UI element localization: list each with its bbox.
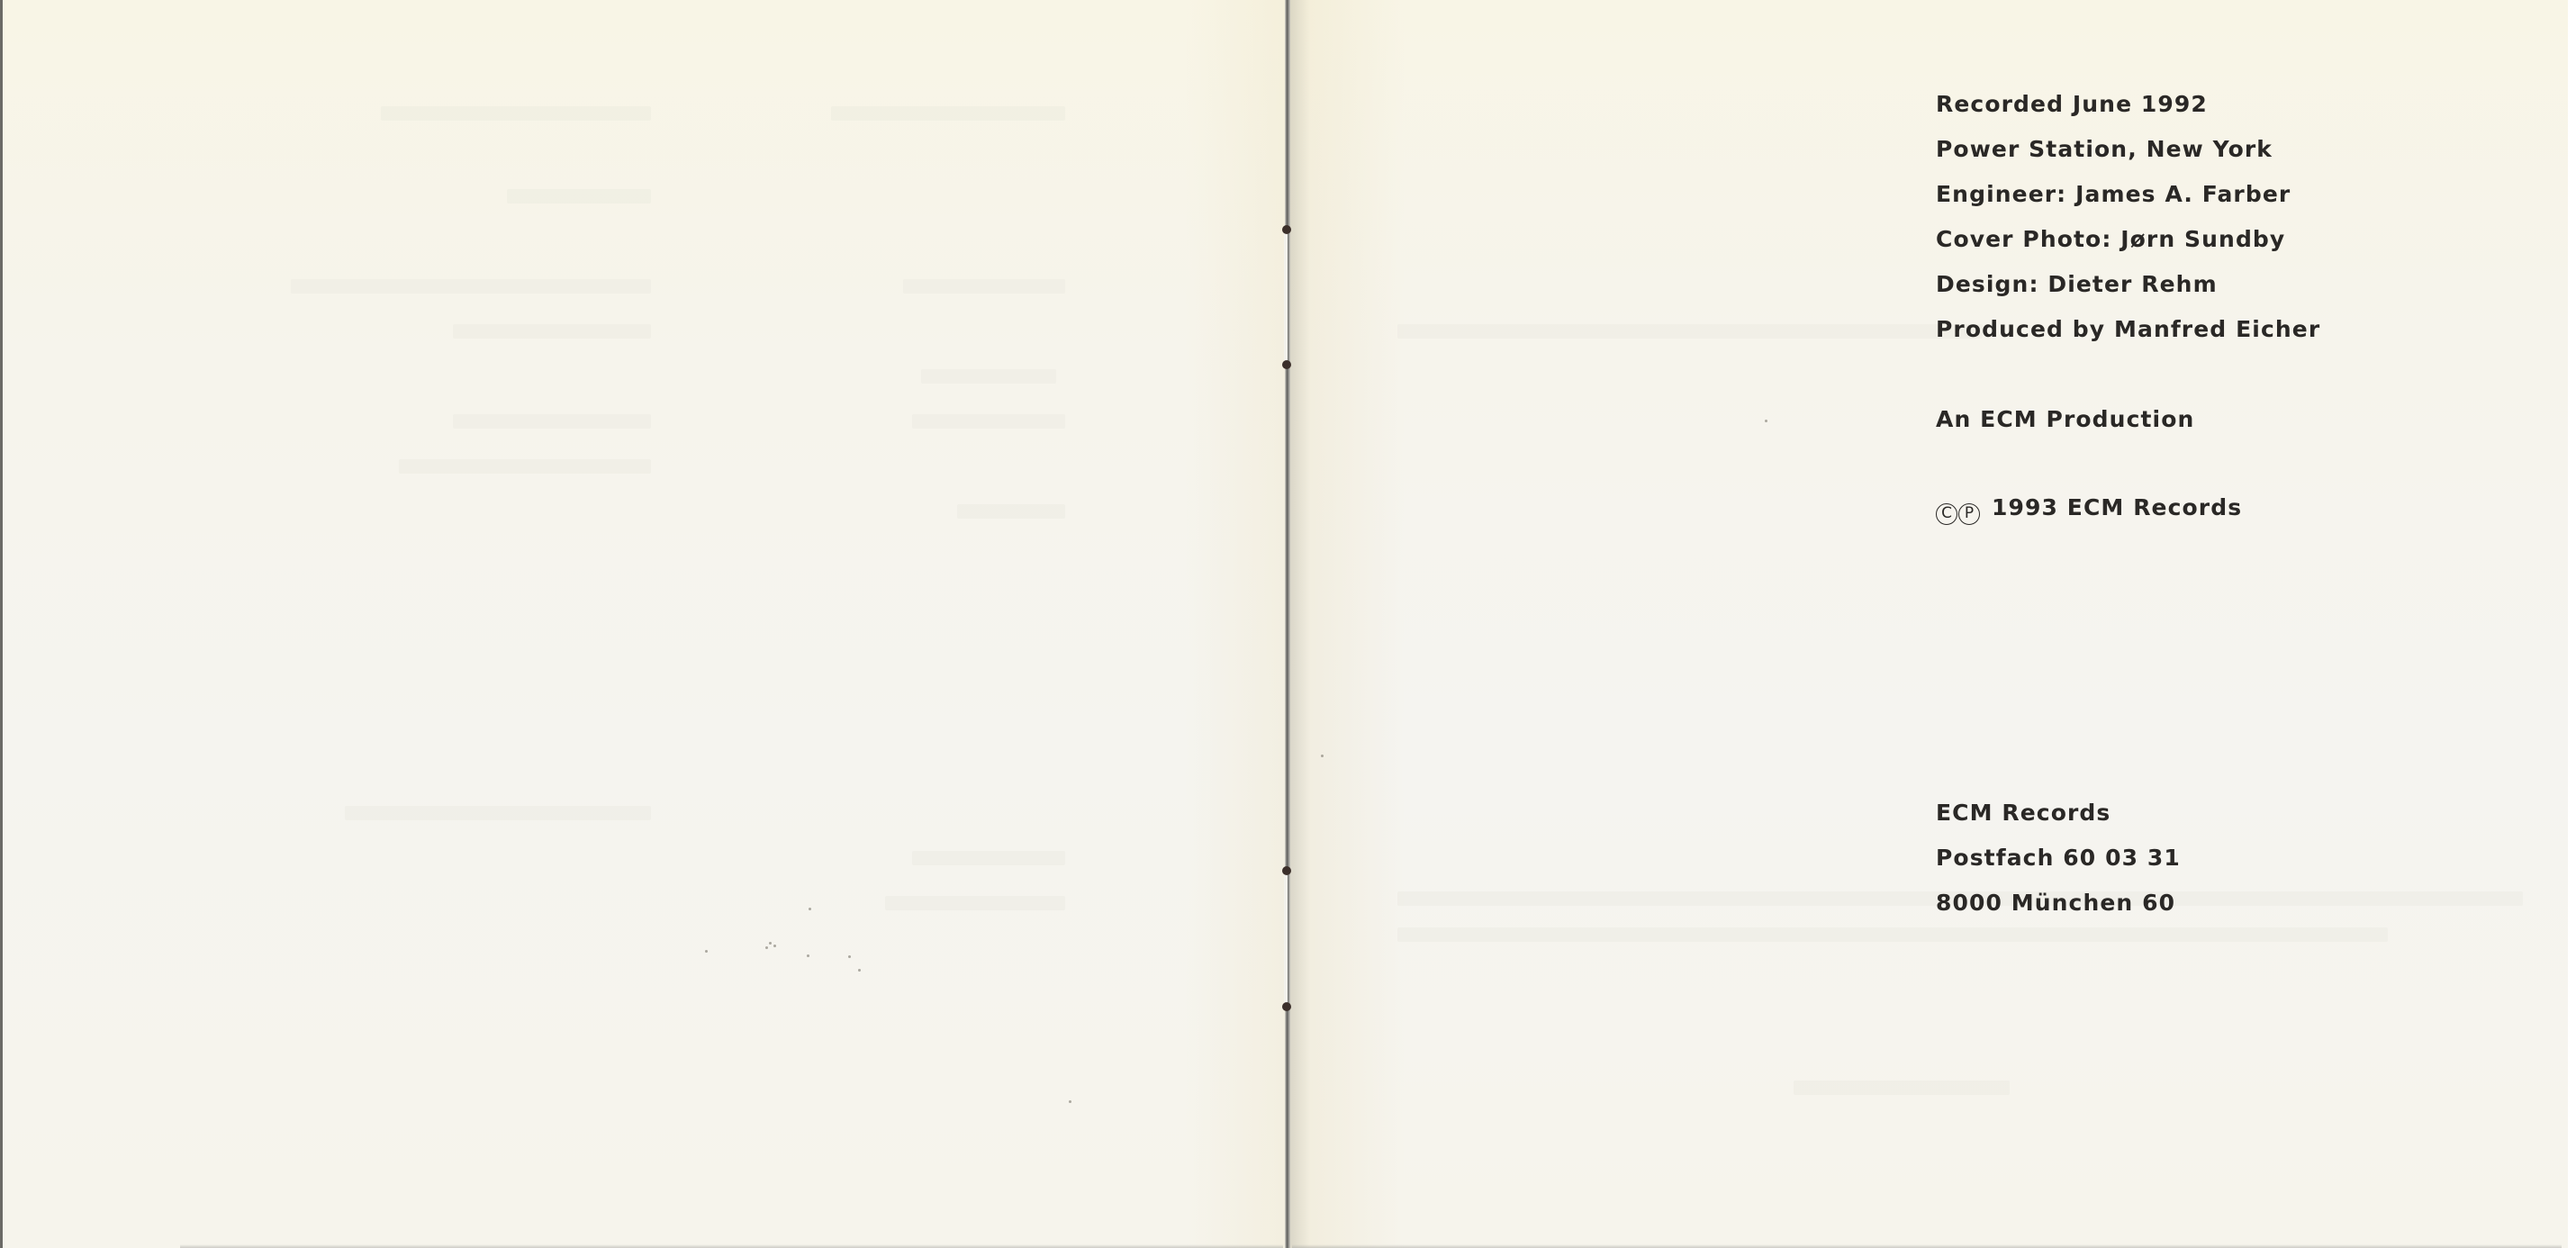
show-through-text	[399, 459, 651, 474]
show-through-text	[453, 324, 651, 339]
dust-speck	[807, 954, 809, 957]
dust-speck	[809, 908, 811, 910]
show-through-text	[345, 806, 651, 820]
page-bottom-edge	[180, 1244, 1283, 1248]
show-through-text	[912, 851, 1065, 865]
show-through-text	[912, 414, 1065, 429]
credit-recorded: Recorded June 1992	[1936, 91, 2208, 118]
show-through-text	[885, 896, 1065, 910]
dust-speck	[769, 942, 772, 945]
show-through-text	[291, 279, 651, 294]
staple-bottom-lower	[1282, 1002, 1291, 1011]
dust-speck	[773, 945, 776, 947]
scan-margin	[2568, 0, 2576, 1248]
show-through-text	[1397, 927, 2388, 942]
right-page	[1289, 0, 2568, 1248]
address-postfach: Postfach 60 03 31	[1936, 845, 2181, 872]
address-company: ECM Records	[1936, 800, 2111, 827]
copyright-text: 1993 ECM Records	[1992, 494, 2242, 520]
phonogram-p-icon: P	[1958, 503, 1980, 525]
left-page	[0, 0, 1288, 1248]
credit-cover-photo: Cover Photo: Jørn Sundby	[1936, 226, 2285, 253]
show-through-text	[831, 106, 1065, 121]
staple-gap	[1284, 232, 1288, 363]
page-bottom-edge	[1292, 1244, 2562, 1248]
credit-producer: Produced by Manfred Eicher	[1936, 316, 2320, 343]
staple-top-lower	[1282, 360, 1291, 369]
dust-speck	[1069, 1100, 1071, 1103]
show-through-text	[453, 414, 651, 429]
staple-bottom-upper	[1282, 866, 1291, 875]
copyright-c-icon: C	[1936, 503, 1957, 525]
dust-speck	[705, 950, 708, 953]
credit-studio: Power Station, New York	[1936, 136, 2273, 163]
copyright-phonogram-icon: CP	[1936, 497, 1981, 525]
dust-speck	[848, 955, 851, 958]
address-city: 8000 München 60	[1936, 890, 2175, 917]
show-through-text	[507, 189, 651, 203]
staple-top-upper	[1282, 225, 1291, 234]
staple-gap	[1284, 873, 1288, 1004]
booklet-spread: Recorded June 1992 Power Station, New Yo…	[0, 0, 2576, 1248]
show-through-text	[1397, 324, 1983, 339]
dust-speck	[1321, 755, 1324, 757]
show-through-text	[957, 504, 1065, 519]
production-line: An ECM Production	[1936, 406, 2194, 433]
dust-speck	[765, 946, 768, 949]
show-through-text	[1794, 1081, 2010, 1095]
fold-shadow	[1290, 0, 1310, 1248]
show-through-text	[921, 369, 1056, 384]
show-through-text	[381, 106, 651, 121]
dust-speck	[1765, 420, 1767, 422]
copyright-line: CP1993 ECM Records	[1936, 494, 2242, 521]
show-through-text	[903, 279, 1065, 294]
spine-fold	[1285, 0, 1290, 1248]
dust-speck	[858, 969, 861, 972]
credit-design: Design: Dieter Rehm	[1936, 271, 2218, 298]
credit-engineer: Engineer: James A. Farber	[1936, 181, 2291, 208]
